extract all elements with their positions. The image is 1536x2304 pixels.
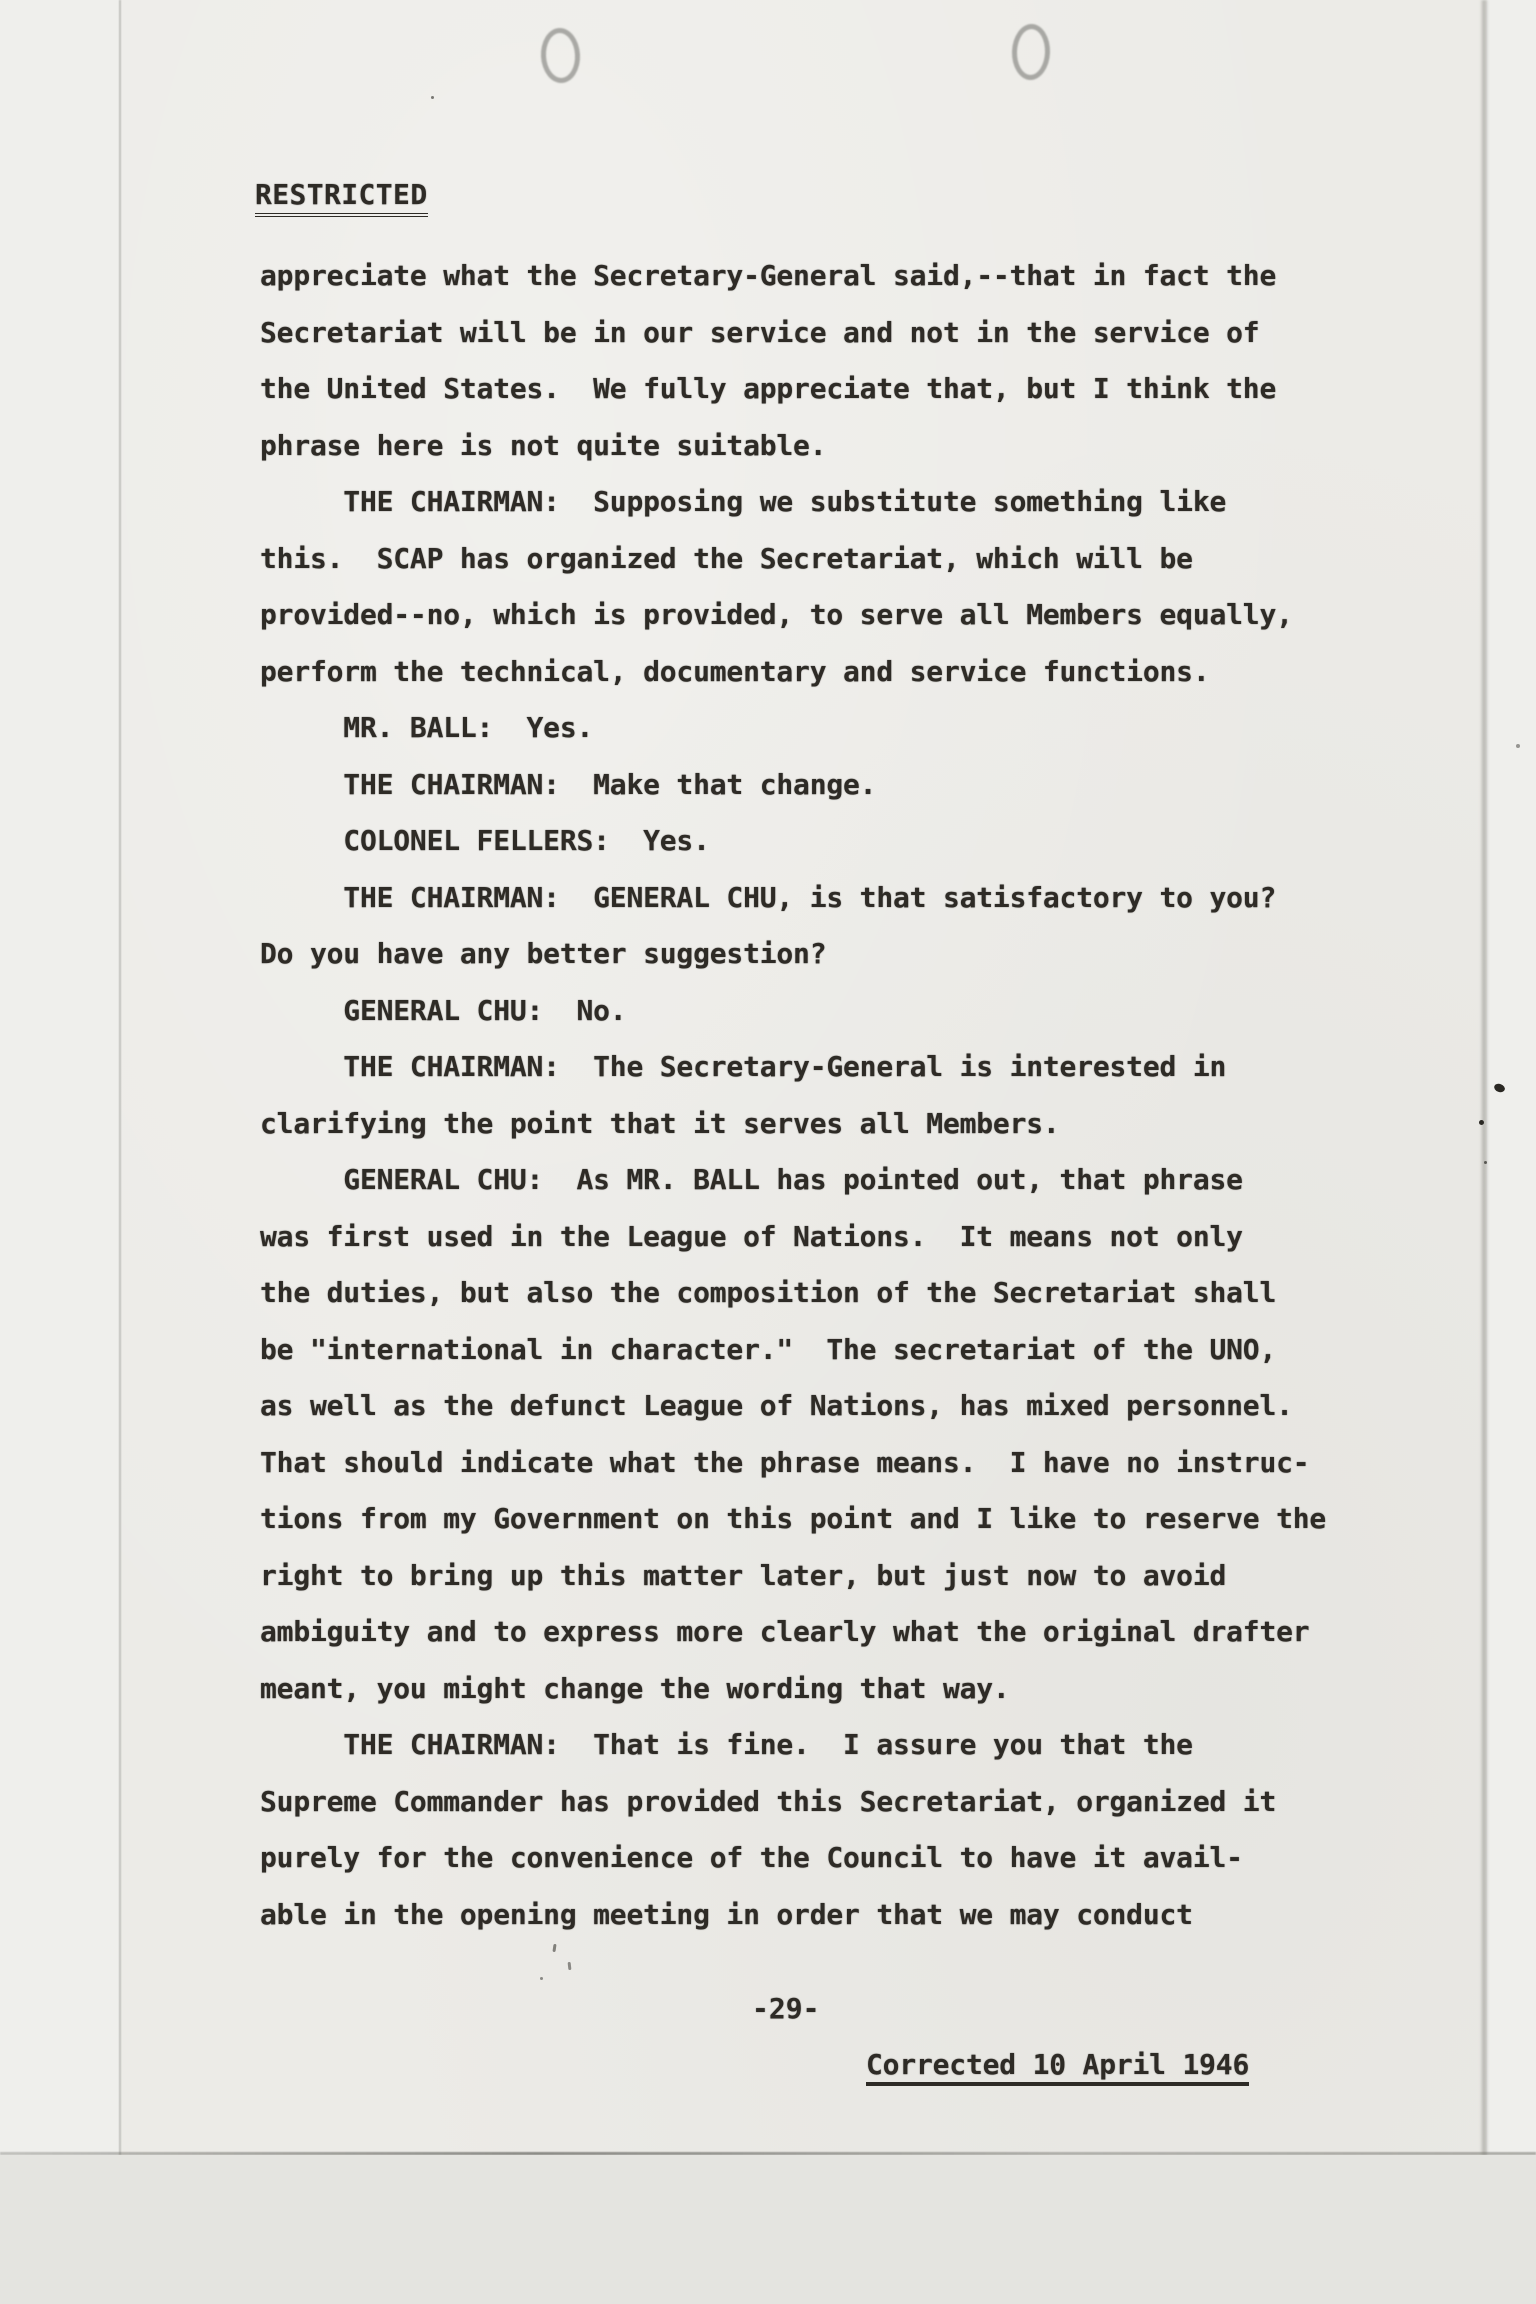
- text-line: THE CHAIRMAN: GENERAL CHU, is that satis…: [260, 870, 1380, 927]
- text-line: THE CHAIRMAN: The Secretary-General is i…: [260, 1039, 1380, 1096]
- text-line: Supreme Commander has provided this Secr…: [260, 1774, 1380, 1831]
- document-body: appreciate what the Secretary-General sa…: [260, 248, 1380, 1943]
- scan-speck: [1493, 1082, 1506, 1093]
- text-line: GENERAL CHU: No.: [260, 983, 1380, 1040]
- text-line: this. SCAP has organized the Secretariat…: [260, 531, 1380, 588]
- text-line: the duties, but also the composition of …: [260, 1265, 1380, 1322]
- text-line: appreciate what the Secretary-General sa…: [260, 248, 1380, 305]
- text-line: as well as the defunct League of Nations…: [260, 1378, 1380, 1435]
- scan-speck: [1479, 1120, 1484, 1125]
- text-line: COLONEL FELLERS: Yes.: [260, 813, 1380, 870]
- classification-label: RESTRICTED: [255, 178, 428, 217]
- text-line: ambiguity and to express more clearly wh…: [260, 1604, 1380, 1661]
- text-line: able in the opening meeting in order tha…: [260, 1887, 1380, 1944]
- text-line: perform the technical, documentary and s…: [260, 644, 1380, 701]
- text-line: THE CHAIRMAN: Supposing we substitute so…: [260, 474, 1380, 531]
- text-line: meant, you might change the wording that…: [260, 1661, 1380, 1718]
- page-number: -29-: [752, 1992, 819, 2025]
- paper-left-edge: [119, 0, 121, 2155]
- scanned-document-page: { "page": { "classification": "RESTRICTE…: [0, 0, 1536, 2304]
- text-line: right to bring up this matter later, but…: [260, 1548, 1380, 1605]
- text-line: purely for the convenience of the Counci…: [260, 1830, 1380, 1887]
- text-line: clarifying the point that it serves all …: [260, 1096, 1380, 1153]
- text-line: THE CHAIRMAN: Make that change.: [260, 757, 1380, 814]
- text-line: the United States. We fully appreciate t…: [260, 361, 1380, 418]
- text-line: That should indicate what the phrase mea…: [260, 1435, 1380, 1492]
- scanner-background: [0, 2155, 1536, 2304]
- text-line: GENERAL CHU: As MR. BALL has pointed out…: [260, 1152, 1380, 1209]
- scan-speck: [1516, 744, 1520, 748]
- scan-speck: [540, 1977, 543, 1980]
- scan-speck: [431, 96, 434, 99]
- correction-note: Corrected 10 April 1946: [866, 2048, 1249, 2086]
- text-line: tions from my Government on this point a…: [260, 1491, 1380, 1548]
- paper-right-edge: [1480, 0, 1488, 2155]
- text-line: was first used in the League of Nations.…: [260, 1209, 1380, 1266]
- text-line: provided--no, which is provided, to serv…: [260, 587, 1380, 644]
- text-line: Secretariat will be in our service and n…: [260, 305, 1380, 362]
- scan-speck: [1484, 1161, 1487, 1164]
- text-line: THE CHAIRMAN: That is fine. I assure you…: [260, 1717, 1380, 1774]
- text-line: Do you have any better suggestion?: [260, 926, 1380, 983]
- scan-surface: RESTRICTED appreciate what the Secretary…: [0, 0, 1536, 2304]
- text-line: MR. BALL: Yes.: [260, 700, 1380, 757]
- text-line: phrase here is not quite suitable.: [260, 418, 1380, 475]
- text-line: be "international in character." The sec…: [260, 1322, 1380, 1379]
